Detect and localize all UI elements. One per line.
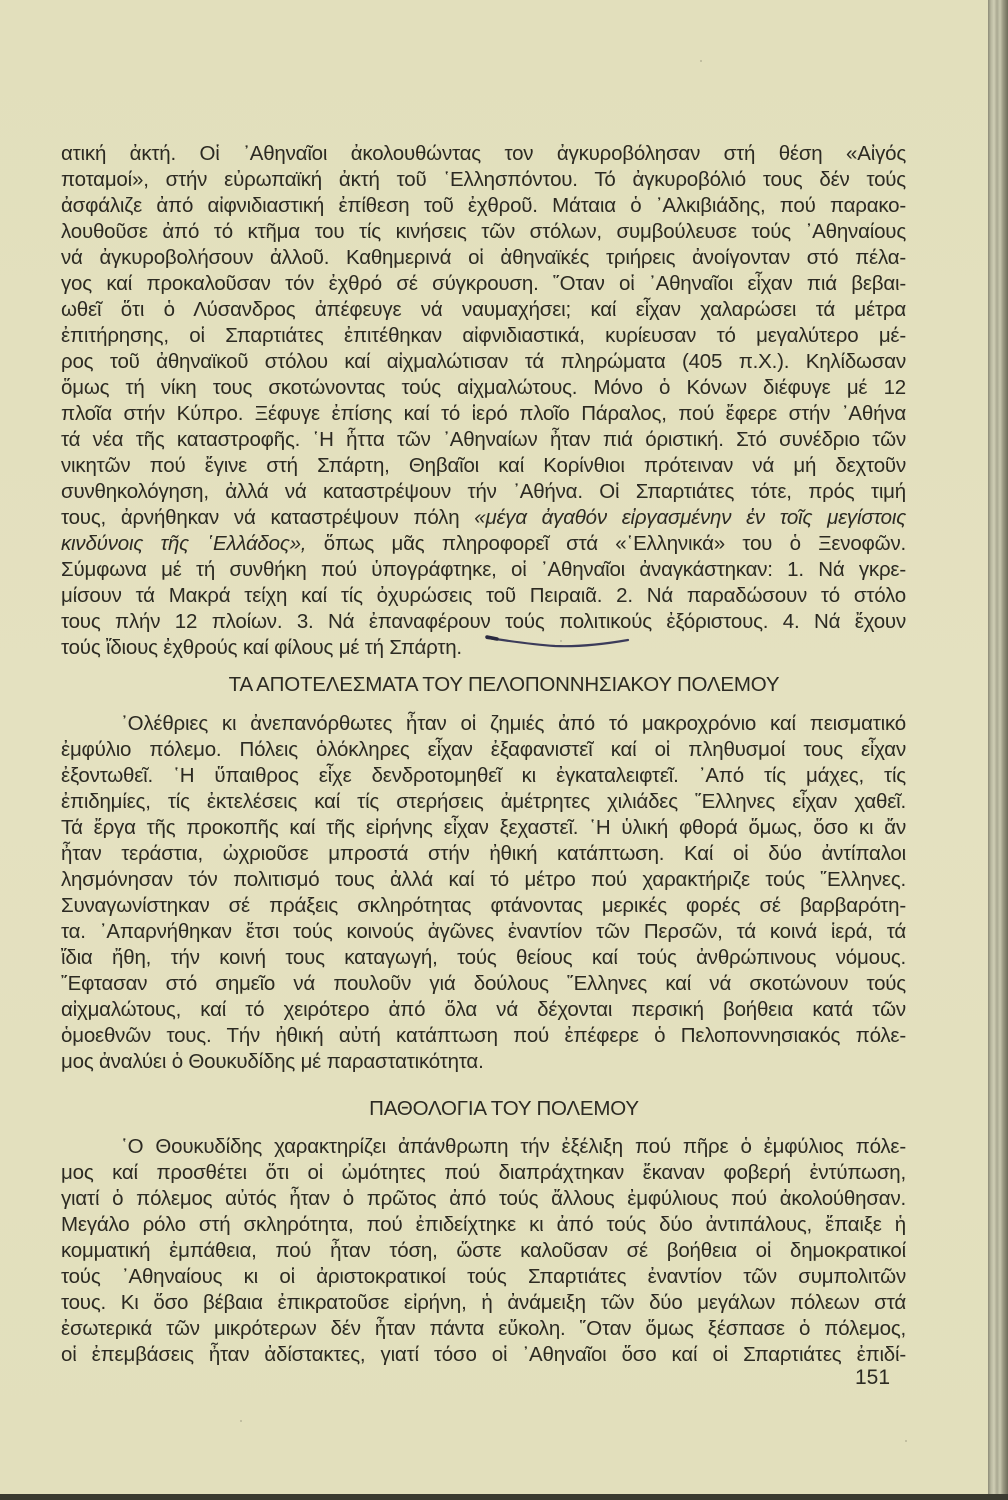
text-line: μος καί προσθέτει ὅτι οἱ ὠμότητες πού δι… [61, 1161, 906, 1185]
text-line: μος ἀναλύει ὁ Θουκυδίδης μέ παραστατικότ… [61, 1050, 906, 1074]
text-line: τούς ἴδιους ἐχθρούς καί φίλους μέ τή Σπά… [61, 636, 906, 660]
text-line: Σύμφωνα μέ τή συνθήκη πού ὑπογράφτηκε, ο… [61, 558, 906, 582]
text-line-with-quote: τους, ἀρνήθηκαν νά καταστρέψουν πόλη «μέ… [61, 506, 906, 530]
text-line: Τά ἔργα τῆς προκοπῆς καί τῆς εἰρήνης εἶχ… [61, 816, 906, 840]
text-line: τούς ᾿Αθηναίους κι οἱ ἀριστοκρατικοί τού… [61, 1265, 906, 1289]
text-line: Μεγάλο ρόλο στή σκληρότητα, πού ἐπιδείχτ… [61, 1213, 906, 1237]
text-line: ἴδια ἤθη, τήν κοινή τους καταγωγή, τούς … [61, 946, 906, 970]
text-line: ποταμοί», στήν εὐρωπαϊκή ἀκτή τοῦ ῾Ελλησ… [61, 168, 906, 192]
text-line: ἦταν τεράστια, ὠχριοῦσε μπροστά στήν ἠθι… [61, 842, 906, 866]
section-heading-pathology: ΠΑΘΟΛΟΓΙΑ ΤΟΥ ΠΟΛΕΜΟΥ [0, 1097, 1008, 1121]
page-stack-edge [988, 0, 1008, 1500]
text-line: ἐπιδημίες, τίς ἐκτελέσεις καί τίς στερήσ… [61, 790, 906, 814]
text-line: ἐπιτήρησης, οἱ Σπαρτιάτες ἐπιτέθηκαν αἰφ… [61, 324, 906, 348]
page-number: 151 [855, 1366, 890, 1390]
text-line: ῎Εφτασαν στό σημεῖο νά πουλοῦν γιά δούλο… [61, 972, 906, 996]
text-span: τους, ἀρνήθηκαν νά καταστρέψουν πόλη [61, 506, 459, 529]
text-line: συνθηκολόγηση, ἀλλά νά καταστρέψουν τήν … [61, 480, 906, 504]
italic-quote: κινδύνοις τῆς ῾Ελλάδος», [61, 532, 306, 555]
paper-speck [560, 640, 562, 642]
text-line: νά ἀγκυροβολήσουν ἀλλοῦ. Καθημερινά οἱ ἀ… [61, 246, 906, 270]
section-heading-results: ΤΑ ΑΠΟΤΕΛΕΣΜΑΤΑ ΤΟΥ ΠΕΛΟΠΟΝΝΗΣΙΑΚΟΥ ΠΟΛΕ… [0, 673, 1008, 697]
text-line: ατική ἀκτή. Οἱ ᾿Αθηναῖοι ἀκολουθώντας το… [61, 142, 906, 166]
italic-quote: «μέγα ἀγαθόν εἰργασμένην ἐν τοῖς μεγίστο… [474, 506, 906, 529]
text-line: τους. Κι ὅσο βέβαια ἐπικρατοῦσε εἰρήνη, … [61, 1291, 906, 1315]
text-line: ῾Ο Θουκυδίδης χαρακτηρίζει ἀπάνθρωπη τήν… [121, 1135, 906, 1159]
text-line: λουθοῦσε ἀπό τό κτῆμα του τίς κινήσεις τ… [61, 220, 906, 244]
pen-stroke-mark [485, 632, 630, 652]
text-line: ὁμοεθνῶν τους. Τήν ἠθική αὐτή κατάπτωση … [61, 1024, 906, 1048]
text-line: κομματική ἐμπάθεια, πού ἦταν τόση, ὥστε … [61, 1239, 906, 1263]
text-line: ἀσφάλιζε ἀπό αἰφνιδιαστική ἐπίθεση τοῦ ἐ… [61, 194, 906, 218]
text-line: ἐμφύλιο πόλεμο. Πόλεις ὁλόκληρες εἶχαν ἐ… [61, 738, 906, 762]
text-line: ἐξοντωθεῖ. ῾Η ὕπαιθρος εἶχε δενδροτομηθε… [61, 764, 906, 788]
paper-speck [240, 1420, 242, 1422]
text-line: τα. ᾿Απαρνήθηκαν ἔτσι τούς κοινούς ἀγῶνε… [61, 920, 906, 944]
text-span: ὅπως μᾶς πληροφορεῖ στά «῾Ελληνικά» του … [324, 532, 906, 555]
text-line: τους πλήν 12 πλοίων. 3. Νά ἐπαναφέρουν τ… [61, 610, 906, 634]
text-line: γιατί ὁ πόλεμος αὐτός ἦταν ὁ πρῶτος ἀπό … [61, 1187, 906, 1211]
text-line-with-quote: κινδύνοις τῆς ῾Ελλάδος», ὅπως μᾶς πληροφ… [61, 532, 906, 556]
paper-speck [700, 60, 702, 62]
text-line: αἰχμαλώτους, καί τό χειρότερο ἀπό ὅλα νά… [61, 998, 906, 1022]
text-line: μίσουν τά Μακρά τείχη καί τίς ὀχυρώσεις … [61, 584, 906, 608]
text-line: ᾿Ολέθριες κι ἀνεπανόρθωτες ἦταν οἱ ζημιέ… [121, 712, 906, 736]
text-line: Συναγωνίστηκαν σέ πράξεις σκληρότητας φτ… [61, 894, 906, 918]
text-line: ἐσωτερικά τῶν μικρότερων δέν ἦταν πάντα … [61, 1317, 906, 1341]
text-line: οἱ ἐπεμβάσεις ἦταν ἀδίστακτες, γιατί τόσ… [61, 1343, 906, 1367]
text-line: τά νέα τῆς καταστροφῆς. ῾Η ἧττα τῶν ᾿Αθη… [61, 428, 906, 452]
text-line: πλοῖα στήν Κύπρο. Ξέφυγε ἐπίσης καί τό ἱ… [61, 402, 906, 426]
text-line: λησμόνησαν τόν πολιτισμό τους ἀλλά καί τ… [61, 868, 906, 892]
text-line: ρος τοῦ ἀθηναϊκοῦ στόλου καί αἰχμαλώτισα… [61, 350, 906, 374]
text-line: ὅμως τή νίκη τους σκοτώνοντας τούς αἰχμα… [61, 376, 906, 400]
paper-speck [905, 1440, 907, 1442]
page-bottom-edge [0, 1494, 1008, 1500]
text-line: γος καί προκαλοῦσαν τόν ἐχθρό σέ σύγκρου… [61, 272, 906, 296]
text-line: ωθεῖ ὅτι ὁ Λύσανδρος ἀπέφευγε νά ναυμαχή… [61, 298, 906, 322]
book-page: ατική ἀκτή. Οἱ ᾿Αθηναῖοι ἀκολουθώντας το… [0, 0, 990, 1494]
text-line: νικητῶν πού ἔγινε στή Σπάρτη, Θηβαῖοι κα… [61, 454, 906, 478]
